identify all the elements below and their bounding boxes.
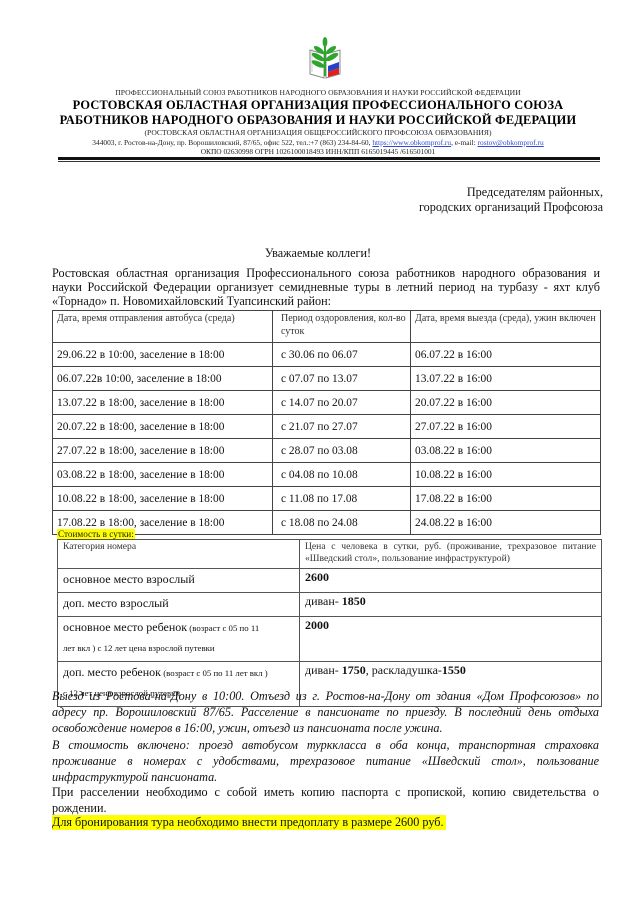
price-value: 1850 bbox=[342, 594, 366, 608]
schedule-header-return: Дата, время выезда (среда), ужин включен bbox=[411, 311, 601, 343]
pricing-row: основное место взрослый2600 bbox=[58, 569, 602, 593]
pricing-label: Стоимость в сутки: bbox=[57, 529, 135, 539]
schedule-return-cell: 17.08.22 в 16:00 bbox=[411, 487, 601, 511]
postal-address: 344003, г. Ростов-на-Дону, пр. Ворошилов… bbox=[92, 138, 372, 147]
pricing-category-cell: основное место ребенок (возраст с 05 по … bbox=[58, 617, 300, 662]
room-category: основное место взрослый bbox=[63, 572, 195, 586]
schedule-departure-cell: 10.08.22 в 18:00, заселение в 18:00 bbox=[53, 487, 273, 511]
price-separator: , раскладушка- bbox=[366, 663, 442, 677]
letterhead-divider bbox=[58, 157, 600, 160]
age-note: (возраст с 05 по 11 лет вкл ) bbox=[161, 668, 268, 678]
contact-line: 344003, г. Ростов-на-Дону, пр. Ворошилов… bbox=[0, 138, 636, 147]
schedule-row: 13.07.22 в 18:00, заселение в 18:00с 14.… bbox=[53, 391, 601, 415]
schedule-period-cell: с 14.07 по 20.07 bbox=[273, 391, 411, 415]
age-note-line2: лет вкл ) с 12 лет цена взрослой путевки bbox=[63, 638, 294, 658]
website-link[interactable]: https://www.obkomprof.ru bbox=[372, 138, 451, 147]
pricing-header-category: Категория номера bbox=[58, 540, 300, 569]
schedule-departure-cell: 03.08.22 в 18:00, заселение в 18:00 bbox=[53, 463, 273, 487]
addressee-line1: Председателям районных, bbox=[419, 185, 603, 200]
schedule-return-cell: 13.07.22 в 16:00 bbox=[411, 367, 601, 391]
departure-note: Выезд из Ростова-на-Дону в 10:00. Отъезд… bbox=[52, 688, 599, 736]
price-value: 1750 bbox=[342, 663, 366, 677]
schedule-return-cell: 03.08.22 в 16:00 bbox=[411, 439, 601, 463]
price-value: 2600 bbox=[305, 570, 329, 584]
email-label: , e-mail: bbox=[451, 138, 477, 147]
documents-note: При расселении необходимо с собой иметь … bbox=[52, 784, 599, 816]
pricing-price-cell: диван- 1850 bbox=[300, 593, 602, 617]
schedule-return-cell: 06.07.22 в 16:00 bbox=[411, 343, 601, 367]
room-category: доп. место взрослый bbox=[63, 596, 169, 610]
schedule-period-cell: с 07.07 по 13.07 bbox=[273, 367, 411, 391]
schedule-departure-cell: 06.07.22в 10:00, заселение в 18:00 bbox=[53, 367, 273, 391]
union-name: ПРОФЕССИОНАЛЬНЫЙ СОЮЗ РАБОТНИКОВ НАРОДНО… bbox=[0, 88, 636, 97]
pricing-category-cell: основное место взрослый bbox=[58, 569, 300, 593]
pricing-price-cell: 2000 bbox=[300, 617, 602, 662]
schedule-return-cell: 10.08.22 в 16:00 bbox=[411, 463, 601, 487]
pricing-row: основное место ребенок (возраст с 05 по … bbox=[58, 617, 602, 662]
schedule-period-cell: с 11.08 по 17.08 bbox=[273, 487, 411, 511]
organization-title-line1: РОСТОВСКАЯ ОБЛАСТНАЯ ОРГАНИЗАЦИЯ ПРОФЕСС… bbox=[0, 98, 636, 113]
age-note: (возраст с 05 по 11 bbox=[187, 623, 259, 633]
schedule-period-cell: с 18.08 по 24.08 bbox=[273, 511, 411, 535]
schedule-header-row: Дата, время отправления автобуса (среда)… bbox=[53, 311, 601, 343]
schedule-row: 10.08.22 в 18:00, заселение в 18:00с 11.… bbox=[53, 487, 601, 511]
price-prefix: диван- bbox=[305, 663, 342, 677]
price-value-alt: 1550 bbox=[442, 663, 466, 677]
pricing-category-cell: доп. место взрослый bbox=[58, 593, 300, 617]
organization-title-line2: РАБОТНИКОВ НАРОДНОГО ОБРАЗОВАНИЯ И НАУКИ… bbox=[0, 113, 636, 128]
organization-subtitle: (РОСТОВСКАЯ ОБЛАСТНАЯ ОРГАНИЗАЦИЯ ОБЩЕРО… bbox=[0, 128, 636, 137]
schedule-departure-cell: 20.07.22 в 18:00, заселение в 18:00 bbox=[53, 415, 273, 439]
registration-codes: ОКПО 02630998 ОГРН 1026100018493 ИНН/КПП… bbox=[0, 147, 636, 156]
email-link[interactable]: rostov@obkomprof.ru bbox=[478, 138, 544, 147]
pricing-header-row: Категория номера Цена с человека в сутки… bbox=[58, 540, 602, 569]
intro-paragraph: Ростовская областная организация Професс… bbox=[52, 266, 600, 308]
organization-title: РОСТОВСКАЯ ОБЛАСТНАЯ ОРГАНИЗАЦИЯ ПРОФЕСС… bbox=[0, 98, 636, 127]
schedule-period-cell: с 21.07 по 27.07 bbox=[273, 415, 411, 439]
schedule-row: 27.07.22 в 18:00, заселение в 18:00 с 28… bbox=[53, 439, 601, 463]
pricing-row: доп. место взрослыйдиван- 1850 bbox=[58, 593, 602, 617]
prepayment-note: Для бронирования тура необходимо внести … bbox=[52, 815, 446, 830]
schedule-row: 06.07.22в 10:00, заселение в 18:00с 07.0… bbox=[53, 367, 601, 391]
schedule-header-period: Период оздоровления, кол-во суток bbox=[273, 311, 411, 343]
pricing-table: Категория номера Цена с человека в сутки… bbox=[57, 539, 602, 707]
letterhead-divider-thin bbox=[58, 161, 600, 162]
schedule-header-departure: Дата, время отправления автобуса (среда) bbox=[53, 311, 273, 343]
schedule-period-cell: с 04.08 по 10.08 bbox=[273, 463, 411, 487]
schedule-departure-cell: 27.07.22 в 18:00, заселение в 18:00 bbox=[53, 439, 273, 463]
schedule-return-cell: 27.07.22 в 16:00 bbox=[411, 415, 601, 439]
schedule-row: 29.06.22 в 10:00, заселение в 18:00 с 30… bbox=[53, 343, 601, 367]
schedule-row: 20.07.22 в 18:00, заселение в 18:00 с 21… bbox=[53, 415, 601, 439]
schedule-return-cell: 20.07.22 в 16:00 bbox=[411, 391, 601, 415]
pricing-header-price: Цена с человека в сутки, руб. (проживани… bbox=[300, 540, 602, 569]
addressee-block: Председателям районных, городских органи… bbox=[419, 185, 603, 215]
schedule-departure-cell: 29.06.22 в 10:00, заселение в 18:00 bbox=[53, 343, 273, 367]
room-category: основное место ребенок bbox=[63, 620, 187, 634]
room-category: доп. место ребенок bbox=[63, 665, 161, 679]
tour-schedule-table: Дата, время отправления автобуса (среда)… bbox=[52, 310, 601, 535]
price-value: 2000 bbox=[305, 618, 329, 632]
schedule-return-cell: 24.08.22 в 16:00 bbox=[411, 511, 601, 535]
included-note: В стоимость включено: проезд автобусом т… bbox=[52, 737, 599, 785]
greeting: Уважаемые коллеги! bbox=[0, 246, 636, 261]
price-prefix: диван- bbox=[305, 594, 342, 608]
addressee-line2: городских организаций Профсоюза bbox=[419, 200, 603, 215]
profsoyuz-logo-icon bbox=[307, 36, 343, 80]
schedule-row: 03.08.22 в 18:00, заселение в 18:00 с 04… bbox=[53, 463, 601, 487]
schedule-period-cell: с 30.06 по 06.07 bbox=[273, 343, 411, 367]
schedule-departure-cell: 13.07.22 в 18:00, заселение в 18:00 bbox=[53, 391, 273, 415]
schedule-period-cell: с 28.07 по 03.08 bbox=[273, 439, 411, 463]
pricing-price-cell: 2600 bbox=[300, 569, 602, 593]
